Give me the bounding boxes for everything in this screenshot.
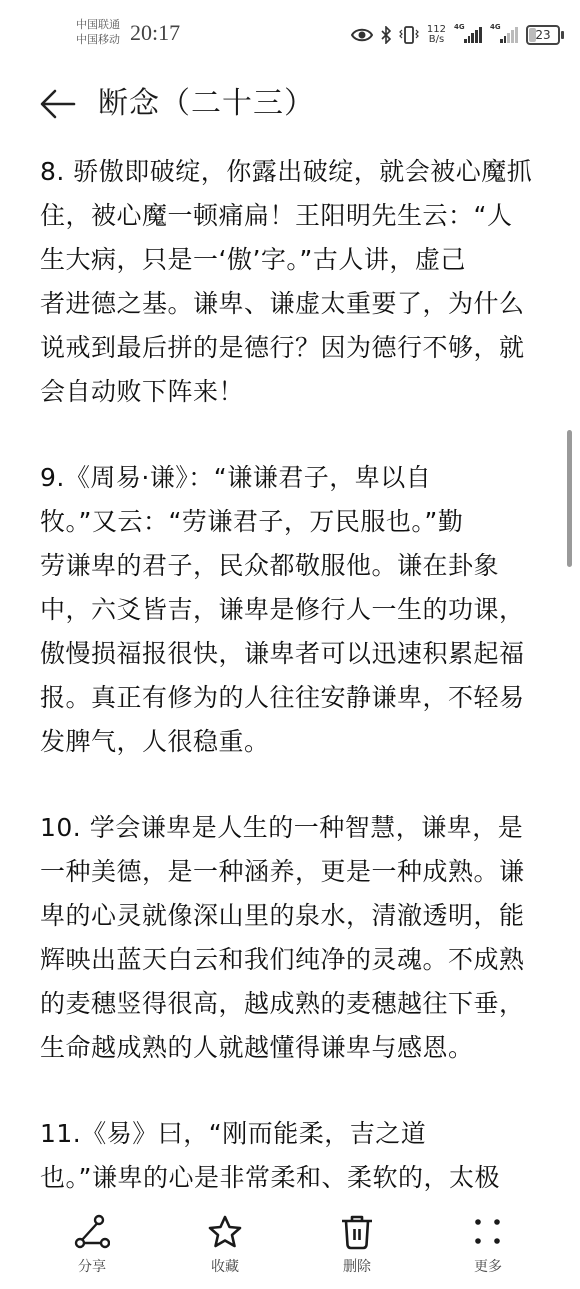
carrier-info: 中国联通 中国移动: [76, 17, 120, 47]
text-line: 11.《易》曰，“刚而能柔，吉之道: [40, 1112, 540, 1156]
text-line: 10. 学会谦卑是人生的一种智慧，谦卑，是: [40, 806, 540, 850]
paragraph-9: 9.《周易·谦》：“谦谦君子，卑以自 牧。”又云：“劳谦君子，万民服也。”勤 劳…: [40, 456, 540, 764]
favorite-button[interactable]: 收藏: [180, 1214, 270, 1276]
text-line: 生大病，只是一‘傲’字。”古人讲，虚己: [40, 238, 540, 282]
star-icon: [207, 1214, 243, 1250]
bluetooth-icon: [381, 26, 391, 44]
text-line: 9.《周易·谦》：“谦谦君子，卑以自: [40, 456, 540, 500]
more-label: 更多: [443, 1256, 533, 1276]
paragraph-11: 11.《易》曰，“刚而能柔，吉之道 也。”谦卑的心是非常柔和、柔软的，太极: [40, 1112, 540, 1200]
more-button[interactable]: 更多: [443, 1214, 533, 1276]
text-line: 牧。”又云：“劳谦君子，万民服也。”勤: [40, 500, 540, 544]
scrollbar[interactable]: [567, 430, 572, 567]
bottom-action-bar: 分享 收藏 删除 更多: [0, 1200, 580, 1289]
trash-icon: [339, 1214, 375, 1250]
text-line: 中，六爻皆吉，谦卑是修行人一生的功课，: [40, 588, 540, 632]
paragraph-10: 10. 学会谦卑是人生的一种智慧，谦卑，是 一种美德，是一种涵养，更是一种成熟。…: [40, 806, 540, 1070]
system-icons: 112 B/s 4G 4G 23: [351, 20, 560, 50]
paragraph-8: 8. 骄傲即破绽，你露出破绽，就会被心魔抓 住，被心魔一顿痛扁！王阳明先生云：“…: [40, 150, 540, 414]
signal-4g-sim2-icon: 4G: [490, 27, 518, 43]
text-line: 8. 骄傲即破绽，你露出破绽，就会被心魔抓: [40, 150, 540, 194]
text-line: 住，被心魔一顿痛扁！王阳明先生云：“人: [40, 194, 540, 238]
text-line: 的麦穗竖得很高，越成熟的麦穗越往下垂，: [40, 982, 540, 1026]
net-speed-unit: B/s: [427, 35, 446, 45]
text-line: 也。”谦卑的心是非常柔和、柔软的，太极: [40, 1156, 540, 1200]
page-title: 断念（二十三）: [98, 84, 315, 124]
share-label: 分享: [47, 1256, 137, 1276]
app-header: 断念（二十三）: [0, 70, 580, 140]
clock: 20:17: [130, 20, 180, 46]
text-line: 报。真正有修为的人往往安静谦卑，不轻易: [40, 676, 540, 720]
text-line: 者进德之基。谦卑、谦虚太重要了，为什么: [40, 282, 540, 326]
share-icon: [74, 1214, 110, 1250]
text-line: 辉映出蓝天白云和我们纯净的灵魂。不成熟: [40, 938, 540, 982]
text-line: 劳谦卑的君子，民众都敬服他。谦在卦象: [40, 544, 540, 588]
text-line: 一种美德，是一种涵养，更是一种成熟。谦: [40, 850, 540, 894]
status-bar: 中国联通 中国移动 20:17 112 B/s 4G 4G 23: [0, 0, 580, 64]
arrow-left-icon: [38, 84, 78, 124]
sim1-label: 4G: [454, 23, 465, 31]
network-speed: 112 B/s: [427, 25, 446, 45]
text-line: 卑的心灵就像深山里的泉水，清澈透明，能: [40, 894, 540, 938]
vibrate-icon: [399, 26, 419, 44]
text-line: 说戒到最后拼的是德行？因为德行不够，就: [40, 326, 540, 370]
signal-4g-sim1-icon: 4G: [454, 27, 482, 43]
carrier-1: 中国联通: [76, 17, 120, 32]
share-button[interactable]: 分享: [47, 1214, 137, 1276]
text-line: 傲慢损福报很快，谦卑者可以迅速积累起福: [40, 632, 540, 676]
battery-level: 23: [535, 28, 550, 42]
favorite-label: 收藏: [180, 1256, 270, 1276]
eye-comfort-icon: [351, 28, 373, 42]
note-content[interactable]: 8. 骄傲即破绽，你露出破绽，就会被心魔抓 住，被心魔一顿痛扁！王阳明先生云：“…: [40, 150, 540, 1242]
text-line: 发脾气，人很稳重。: [40, 720, 540, 764]
text-line: 会自动败下阵来！: [40, 370, 540, 414]
text-line: 生命越成熟的人就越懂得谦卑与感恩。: [40, 1026, 540, 1070]
battery-icon: 23: [526, 25, 560, 45]
sim2-label: 4G: [490, 23, 501, 31]
back-button[interactable]: [38, 84, 78, 124]
delete-label: 删除: [312, 1256, 402, 1276]
delete-button[interactable]: 删除: [312, 1214, 402, 1276]
carrier-2: 中国移动: [76, 32, 120, 47]
more-dots-icon: [470, 1214, 506, 1250]
